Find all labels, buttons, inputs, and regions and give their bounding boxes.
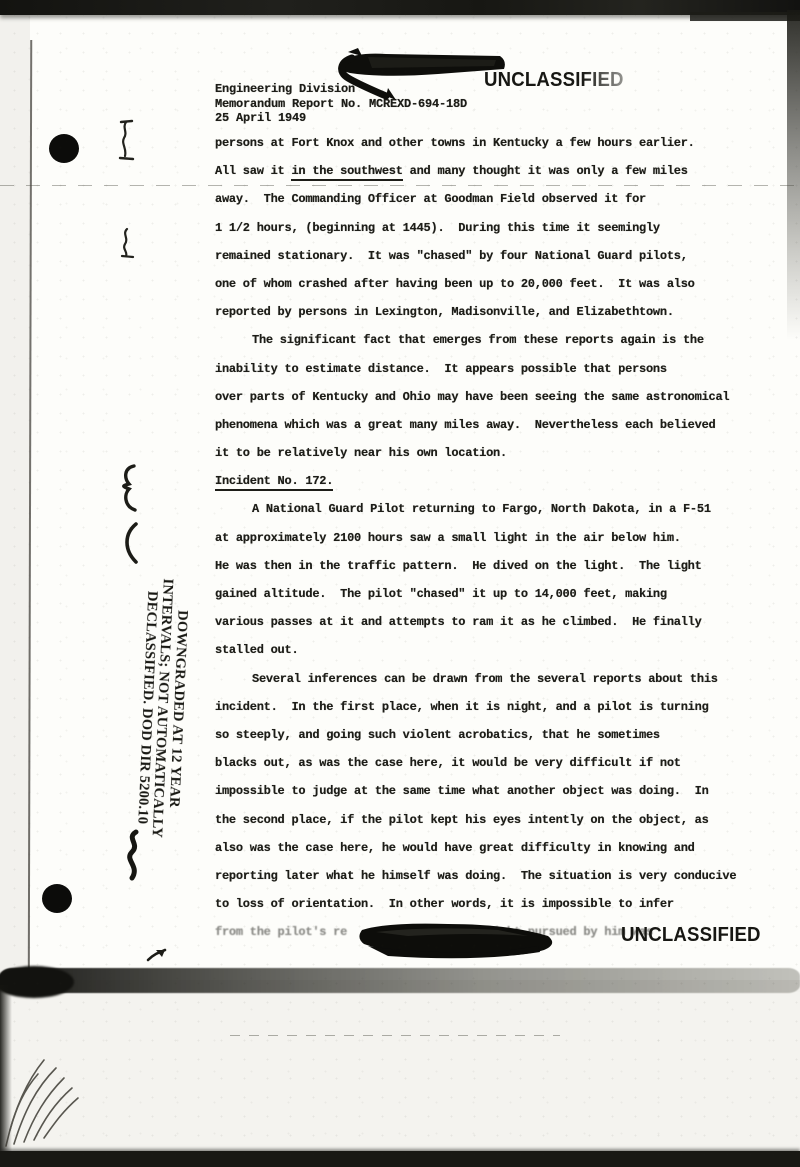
- typed-text: various passes at it and attempts to ram…: [215, 615, 702, 629]
- body-line: remained stationary. It was "chased" by …: [215, 249, 736, 277]
- typed-text: 1 1/2 hours, (beginning at 1445). During…: [215, 221, 660, 235]
- typed-text: incident. In the first place, when it is…: [215, 700, 709, 714]
- body-line: persons at Fort Knox and other towns in …: [215, 136, 736, 164]
- typed-text: All saw it: [215, 164, 291, 178]
- body-line: gained altitude. The pilot "chased" it u…: [215, 587, 736, 615]
- typed-text: reporting later what he himself was doin…: [215, 869, 736, 883]
- scanner-bed-area: [0, 992, 800, 1167]
- typed-text: phenomena which was a great many miles a…: [215, 418, 715, 432]
- body-line: stalled out.: [215, 643, 736, 671]
- typed-text: also was the case here, he would have gr…: [215, 841, 695, 855]
- margin-squiggle-mark: [114, 226, 140, 260]
- typed-text: to loss of orientation. In other words, …: [215, 897, 674, 911]
- margin-paren-mark: [116, 520, 142, 566]
- body-line: The significant fact that emerges from t…: [215, 333, 736, 361]
- body-line: it to be relatively near his own locatio…: [215, 446, 736, 474]
- body-line: impossible to judge at the same time wha…: [215, 784, 736, 812]
- typed-text: He was then in the traffic pattern. He d…: [215, 559, 702, 573]
- scan-edge-band-top-right: [690, 12, 800, 21]
- typed-text: gained altitude. The pilot "chased" it u…: [215, 587, 667, 601]
- body-line: away. The Commanding Officer at Goodman …: [215, 192, 736, 220]
- body-line: blacks out, as was the case here, it wou…: [215, 756, 736, 784]
- typed-text: blacks out, as was the case here, it wou…: [215, 756, 681, 770]
- body-line: 1 1/2 hours, (beginning at 1445). During…: [215, 221, 736, 249]
- margin-squiggle-mark: [112, 118, 140, 164]
- scan-edge-right: [787, 10, 800, 340]
- scratch-marks: [0, 1030, 110, 1150]
- typed-text: stalled out.: [215, 643, 298, 657]
- typed-text: Several inferences can be drawn from the…: [252, 672, 718, 686]
- body-line: over parts of Kentucky and Ohio may have…: [215, 390, 736, 418]
- margin-brace-mark: [112, 462, 142, 514]
- page-bottom-shadow: [0, 968, 800, 993]
- body-line: All saw it in the southwest and many tho…: [215, 164, 736, 192]
- typed-text: impossible to judge at the same time wha…: [215, 784, 709, 798]
- typed-text: the second place, if the pilot kept his …: [215, 813, 709, 827]
- typed-text: so steeply, and going such violent acrob…: [215, 728, 660, 742]
- memo-date: 25 April 1949: [215, 111, 467, 126]
- typed-text: at approximately 2100 hours saw a small …: [215, 531, 681, 545]
- scan-edge-band-top: [0, 0, 800, 15]
- body-line: reported by persons in Lexington, Madiso…: [215, 305, 736, 333]
- typed-text: reported by persons in Lexington, Madiso…: [215, 305, 674, 319]
- small-arrow-mark: [144, 944, 168, 966]
- body-line: at approximately 2100 hours saw a small …: [215, 531, 736, 559]
- body-line: so steeply, and going such violent acrob…: [215, 728, 736, 756]
- body-line: inability to estimate distance. It appea…: [215, 362, 736, 390]
- body-line: A National Guard Pilot returning to Farg…: [215, 502, 736, 530]
- body-line: reporting later what he himself was doin…: [215, 869, 736, 897]
- body-line: the second place, if the pilot kept his …: [215, 813, 736, 841]
- unclassified-stamp-top: UNCLASSIFIED: [484, 69, 624, 92]
- underlined-text: in the southwest: [291, 164, 402, 181]
- scanned-document-page: Engineering DivisionMemorandum Report No…: [0, 0, 800, 1167]
- redaction-smear-bottom: [348, 912, 568, 968]
- typed-text: A National Guard Pilot returning to Farg…: [252, 502, 711, 516]
- body-text: persons at Fort Knox and other towns in …: [215, 136, 736, 953]
- scan-edge-band-bottom: [0, 1151, 800, 1167]
- body-line: phenomena which was a great many miles a…: [215, 418, 736, 446]
- typed-text: and many thought it was only a few miles: [403, 164, 688, 178]
- scan-artifact-line: [230, 1035, 560, 1036]
- typed-text: inability to estimate distance. It appea…: [215, 362, 667, 376]
- underlined-text: Incident No. 172.: [215, 474, 333, 491]
- typed-text: over parts of Kentucky and Ohio may have…: [215, 390, 729, 404]
- typed-text: The significant fact that emerges from t…: [252, 333, 704, 347]
- body-line: He was then in the traffic pattern. He d…: [215, 559, 736, 587]
- body-line: Several inferences can be drawn from the…: [215, 672, 736, 700]
- typed-text: one of whom crashed after having been up…: [215, 277, 695, 291]
- body-line: Incident No. 172.: [215, 474, 736, 502]
- body-line: also was the case here, he would have gr…: [215, 841, 736, 869]
- body-line: incident. In the first place, when it is…: [215, 700, 736, 728]
- hole-punch-icon: [49, 134, 79, 163]
- body-line: various passes at it and attempts to ram…: [215, 615, 736, 643]
- typed-text: it to be relatively near his own locatio…: [215, 446, 507, 460]
- margin-squiggle-mark: [118, 828, 150, 884]
- typed-text: away. The Commanding Officer at Goodman …: [215, 192, 646, 206]
- typed-text: remained stationary. It was "chased" by …: [215, 249, 688, 263]
- body-line: one of whom crashed after having been up…: [215, 277, 736, 305]
- hole-punch-icon: [42, 884, 72, 913]
- typed-text: persons at Fort Knox and other towns in …: [215, 136, 695, 150]
